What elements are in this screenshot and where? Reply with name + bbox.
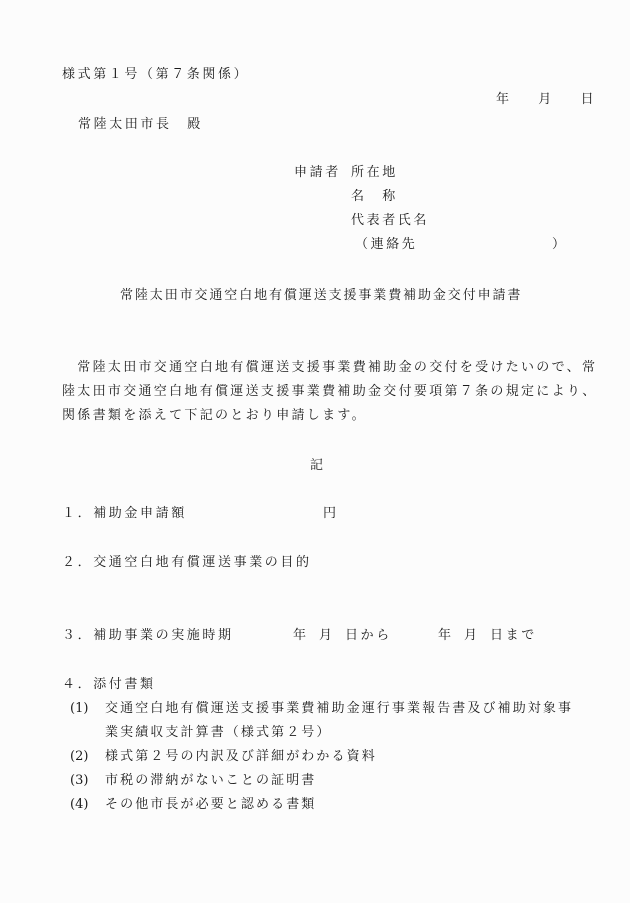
attachment-1-line-2: 業実績収支計算書（様式第２号） bbox=[105, 725, 332, 741]
item3-to-month: 月 bbox=[464, 628, 480, 644]
applicant-address-label: 所在地 bbox=[351, 165, 398, 181]
applicant-representative-label: 代表者氏名 bbox=[351, 213, 429, 229]
item3-to-day: 日まで bbox=[490, 628, 537, 644]
item3-label: ３．補助事業の実施時期 bbox=[62, 628, 234, 644]
attachment-2-text: 様式第２号の内訳及び詳細がわかる資料 bbox=[105, 749, 377, 765]
attachment-3-text: 市税の滞納がないことの証明書 bbox=[105, 773, 316, 789]
item1-unit: 円 bbox=[323, 506, 339, 522]
applicant-label: 申請者 bbox=[294, 165, 341, 181]
document-title: 常陸太田市交通空白地有償運送支援事業費補助金交付申請書 bbox=[120, 288, 522, 304]
date-month-label: 月 bbox=[538, 92, 551, 108]
attachment-2-number: (2) bbox=[70, 749, 88, 765]
body-line-2: 陸太田市交通空白地有償運送支援事業費補助金交付要項第７条の規定により、 bbox=[62, 384, 598, 400]
attachment-3-number: (3) bbox=[70, 773, 88, 789]
form-number: 様式第１号（第７条関係） bbox=[62, 67, 249, 83]
item2-label: ２．交通空白地有償運送事業の目的 bbox=[62, 555, 312, 571]
item3-from-year: 年 bbox=[293, 628, 309, 644]
item4-label: ４．添付書類 bbox=[62, 677, 156, 693]
applicant-contact-close: ） bbox=[552, 237, 568, 253]
ki-heading: 記 bbox=[310, 458, 326, 474]
addressee: 常陸太田市長 殿 bbox=[78, 117, 203, 133]
body-line-1: 常陸太田市交通空白地有償運送支援事業費補助金の交付を受けたいので、常 bbox=[62, 360, 597, 376]
item3-to-year: 年 bbox=[438, 628, 454, 644]
attachment-1-number: (1) bbox=[70, 701, 88, 717]
date-line: 年 月 日 bbox=[496, 92, 594, 108]
attachment-4-text: その他市長が必要と認める書類 bbox=[105, 797, 316, 813]
date-day-label: 日 bbox=[581, 92, 594, 108]
item3-from-month: 月 bbox=[319, 628, 335, 644]
body-line-3: 関係書類を添えて下記のとおり申請します。 bbox=[62, 408, 367, 424]
item1-label: １．補助金申請額 bbox=[62, 506, 187, 522]
applicant-name-label: 名 称 bbox=[351, 189, 398, 205]
date-year-label: 年 bbox=[496, 92, 509, 108]
attachment-4-number: (4) bbox=[70, 797, 88, 813]
application-form-page: 様式第１号（第７条関係） 年 月 日 常陸太田市長 殿 申請者 所在地 名 称 … bbox=[0, 0, 630, 903]
applicant-contact-label: （連絡先 bbox=[355, 237, 417, 253]
attachment-1-line-1: 交通空白地有償運送支援事業費補助金運行事業報告書及び補助対象事 bbox=[105, 701, 573, 717]
item3-from-day: 日から bbox=[345, 628, 392, 644]
